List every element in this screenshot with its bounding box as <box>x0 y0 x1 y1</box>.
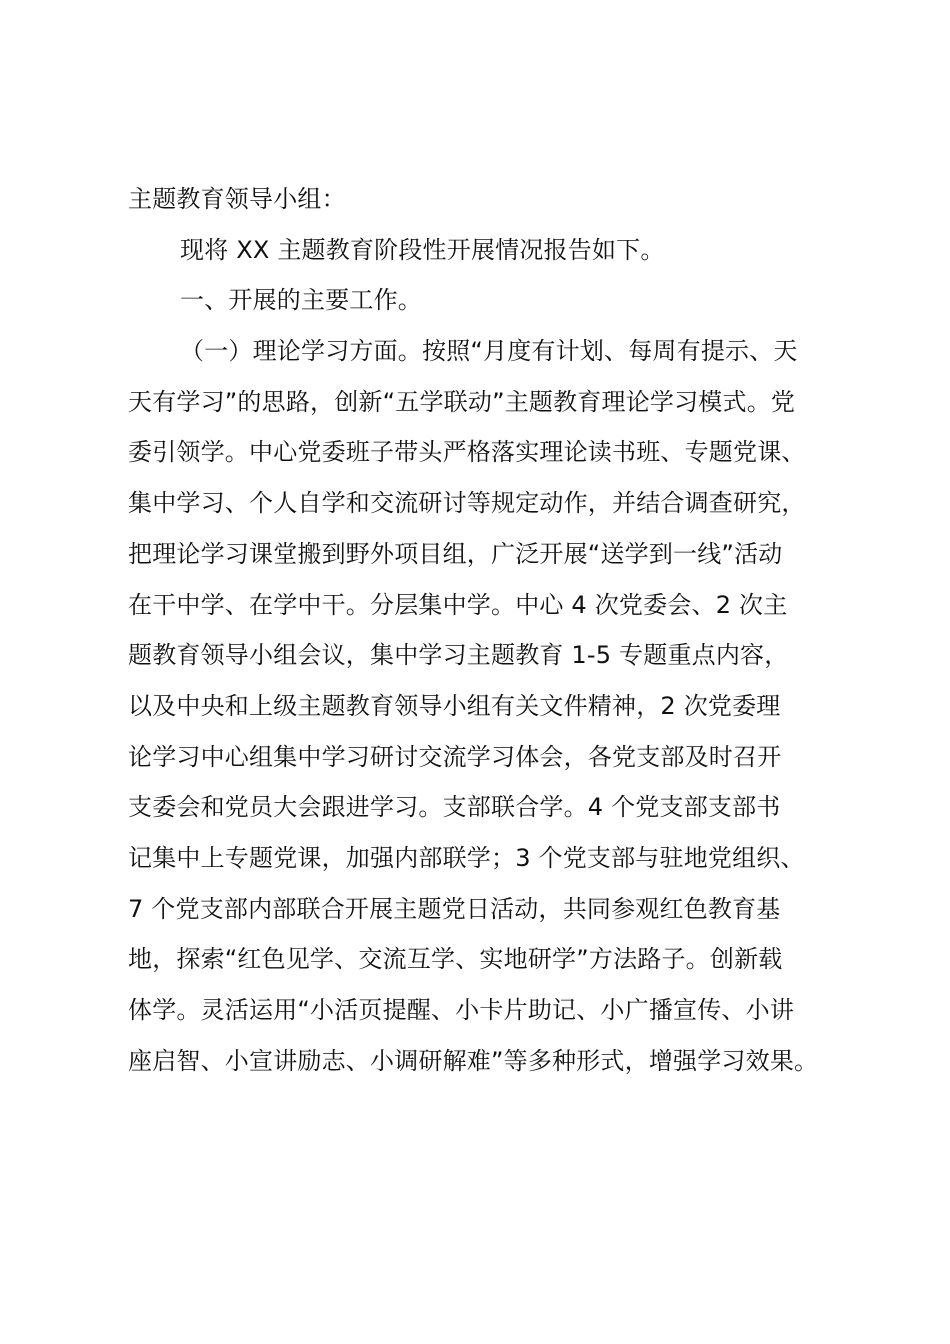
paragraph-line: 支委会和党员大会跟进学习。支部联合学。4 个党支部支部书 <box>128 782 856 833</box>
salutation: 主题教育领导小组： <box>128 174 856 225</box>
paragraph-line: （一）理论学习方面。按照“月度有计划、每周有提示、天 <box>128 326 856 377</box>
paragraph-line: 论学习中心组集中学习研讨交流学习体会，各党支部及时召开 <box>128 732 856 783</box>
paragraph-line: 7 个党支部内部联合开展主题党日活动，共同参观红色教育基 <box>128 884 856 935</box>
intro-paragraph: 现将 XX 主题教育阶段性开展情况报告如下。 <box>128 225 856 276</box>
paragraph-line: 记集中上专题党课，加强内部联学；3 个党支部与驻地党组织、 <box>128 833 856 884</box>
paragraph-line: 在干中学、在学中干。分层集中学。中心 4 次党委会、2 次主 <box>128 580 856 631</box>
paragraph-line: 集中学习、个人自学和交流研讨等规定动作，并结合调查研究， <box>128 478 856 529</box>
paragraph-line: 题教育领导小组会议，集中学习主题教育 1-5 专题重点内容， <box>128 630 856 681</box>
paragraph-line: 地，探索“红色见学、交流互学、实地研学”方法路子。创新载 <box>128 934 856 985</box>
paragraph-line: 把理论学习课堂搬到野外项目组，广泛开展“送学到一线”活动 <box>128 529 856 580</box>
paragraph-line: 委引领学。中心党委班子带头严格落实理论读书班、专题党课、 <box>128 427 856 478</box>
paragraph-line: 体学。灵活运用“小活页提醒、小卡片助记、小广播宣传、小讲 <box>128 985 856 1036</box>
paragraph-line: 以及中央和上级主题教育领导小组有关文件精神，2 次党委理 <box>128 681 856 732</box>
paragraph-line: 座启智、小宣讲励志、小调研解难”等多种形式，增强学习效果。 <box>128 1036 856 1087</box>
theory-study-paragraph: （一）理论学习方面。按照“月度有计划、每周有提示、天 天有学习”的思路，创新“五… <box>128 326 856 1086</box>
section-heading: 一、开展的主要工作。 <box>128 275 856 326</box>
paragraph-line: 天有学习”的思路，创新“五学联动”主题教育理论学习模式。党 <box>128 377 856 428</box>
document-page: 主题教育领导小组： 现将 XX 主题教育阶段性开展情况报告如下。 一、开展的主要… <box>128 174 856 1086</box>
